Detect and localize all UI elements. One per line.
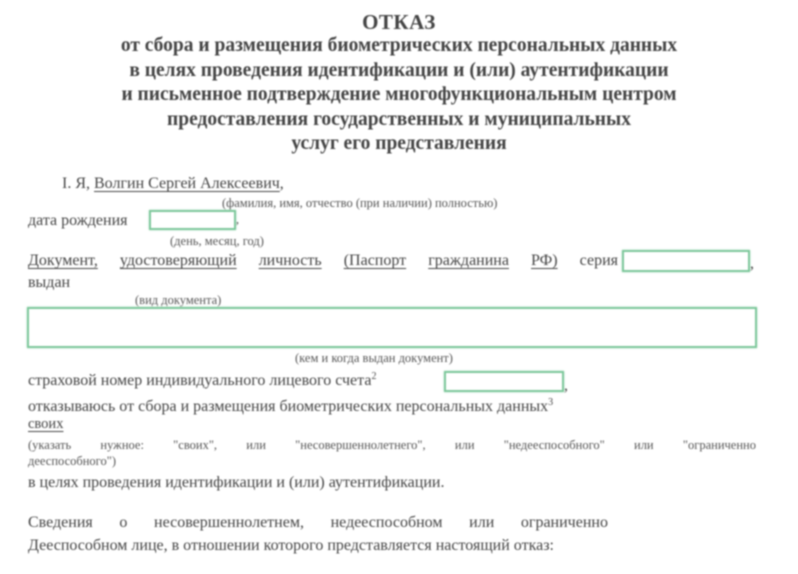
- passport-series-field[interactable]: [622, 250, 750, 272]
- snils-field[interactable]: [444, 371, 564, 392]
- document-subtitle-line: предоставления государственных и муницип…: [0, 108, 798, 133]
- intro-prefix: I. Я,: [62, 175, 94, 192]
- issued-by-hint: (кем и когда выдан документ): [295, 351, 453, 366]
- birth-date-suffix: ,: [236, 212, 239, 227]
- whose-hint-word: нужное:: [100, 438, 144, 453]
- whose-hint-word: или: [455, 438, 475, 453]
- document-header: ОТКАЗ от сбора и размещения биометрическ…: [0, 10, 798, 157]
- full-name-hint: (фамилия, имя, отчество (при наличии) по…: [222, 196, 497, 211]
- whose-hint-line: (указать нужное: "своих", или "несоверше…: [28, 438, 756, 453]
- id-document-word: удостоверяющий: [120, 252, 237, 270]
- whose-line: своих: [28, 416, 63, 433]
- name-suffix: ,: [280, 175, 284, 192]
- document-subtitle-line: и письменное подтверждение многофункцион…: [0, 83, 798, 108]
- minor-info-line2: Дееспособном лице, в отношении которого …: [28, 537, 554, 555]
- birth-date-field[interactable]: [149, 210, 236, 230]
- id-document-word: личность: [259, 252, 322, 270]
- birth-date-label: дата рождения: [28, 212, 128, 230]
- refusal-form-page: ОТКАЗ от сбора и размещения биометрическ…: [0, 0, 798, 574]
- document-title: ОТКАЗ: [0, 10, 798, 34]
- minor-info-word: или: [469, 514, 494, 532]
- refusal-text: отказываюсь от сбора и размещения биомет…: [28, 398, 548, 415]
- whose-hint-word: "недееспособного": [504, 438, 605, 453]
- purpose-text: в целях проведения идентификации и (или)…: [28, 474, 444, 492]
- refusal-line: отказываюсь от сбора и размещения биомет…: [28, 398, 553, 416]
- whose-hint-word: или: [246, 438, 266, 453]
- whose-value[interactable]: своих: [28, 416, 63, 432]
- minor-info-word: недееспособном: [331, 514, 443, 532]
- applicant-name-line: I. Я, Волгин Сергей Алексеевич,: [62, 175, 284, 193]
- series-suffix: ,: [750, 255, 754, 273]
- whose-hint-word: (указать: [28, 438, 71, 453]
- series-label: серия: [580, 252, 618, 270]
- snils-footnote[interactable]: 2: [371, 371, 376, 382]
- snils-line: страховой номер индивидуального лицевого…: [28, 372, 376, 390]
- issued-label: выдан: [28, 274, 70, 292]
- minor-info-line: Сведения о несовершеннолетнем, недееспос…: [28, 514, 608, 532]
- id-document-word: гражданина: [428, 252, 509, 270]
- whose-hint-line2: дееспособного"): [28, 454, 116, 469]
- document-subtitle-line: от сбора и размещения биометрических пер…: [0, 34, 798, 59]
- whose-hint-word: "ограниченно: [683, 438, 756, 453]
- minor-info-word: ограниченно: [521, 514, 608, 532]
- whose-hint-word: "несовершеннолетнего",: [295, 438, 426, 453]
- document-subtitle-line: услуг его представления: [0, 132, 798, 157]
- refusal-footnote[interactable]: 3: [548, 397, 553, 408]
- birth-date-hint: (день, месяц, год): [170, 234, 264, 249]
- minor-info-word: несовершеннолетнем,: [154, 514, 304, 532]
- minor-info-word: о: [119, 514, 127, 532]
- issued-by-field[interactable]: [27, 307, 757, 348]
- document-type-hint: (вид документа): [135, 293, 221, 308]
- snils-suffix: ,: [564, 377, 568, 395]
- applicant-full-name[interactable]: Волгин Сергей Алексеевич: [94, 175, 280, 192]
- id-document-word: (Паспорт: [344, 252, 406, 270]
- minor-info-word: Сведения: [28, 514, 93, 532]
- document-subtitle-line: в целях проведения идентификации и (или)…: [0, 59, 798, 84]
- snils-label: страховой номер индивидуального лицевого…: [28, 372, 371, 389]
- id-document-word: РФ): [531, 252, 558, 270]
- whose-hint-word: "своих",: [173, 438, 217, 453]
- whose-hint-word: или: [634, 438, 654, 453]
- id-document-line: Документ, удостоверяющий личность (Паспо…: [28, 252, 618, 270]
- id-document-word: Документ,: [28, 252, 98, 270]
